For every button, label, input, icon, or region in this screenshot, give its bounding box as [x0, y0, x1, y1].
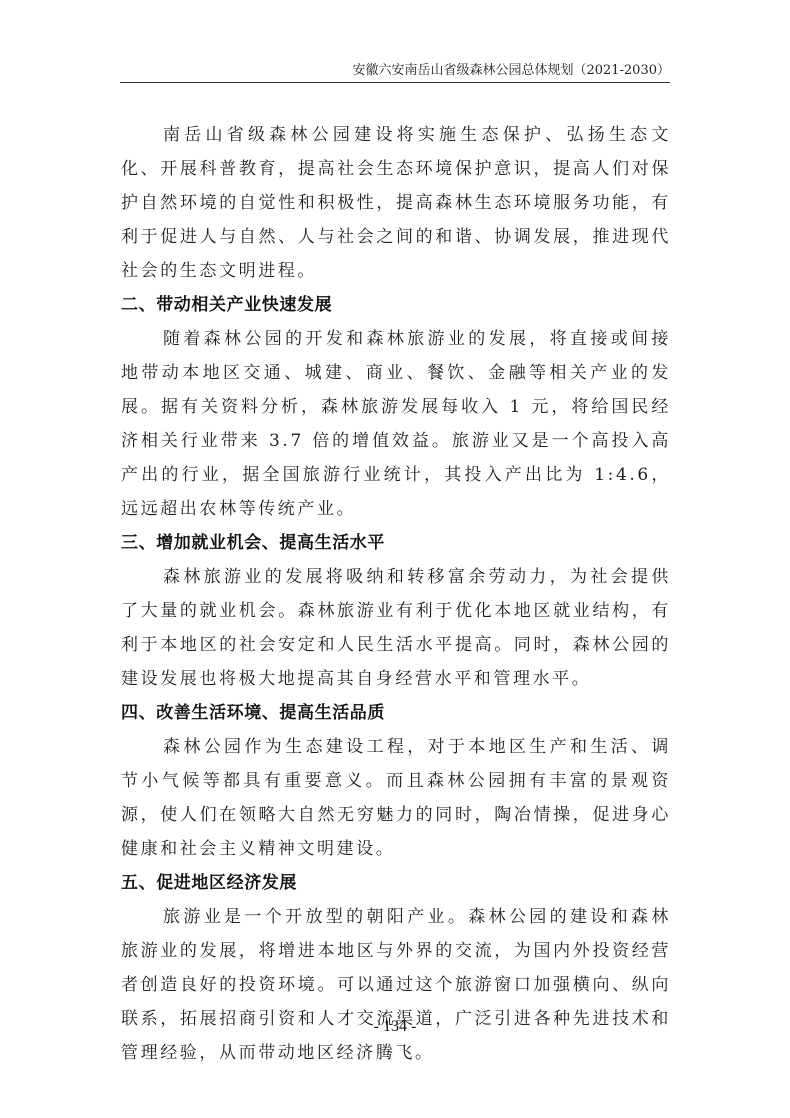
section-heading-3: 三、增加就业机会、提高生活水平	[121, 526, 671, 560]
running-header-title: 安徽六安南岳山省级森林公园总体规划（2021-2030）	[352, 63, 670, 78]
page-number: - 134 -	[0, 1018, 790, 1036]
running-header: 安徽六安南岳山省级森林公园总体规划（2021-2030）	[120, 62, 670, 83]
document-page: 安徽六安南岳山省级森林公园总体规划（2021-2030） 南岳山省级森林公园建设…	[0, 0, 790, 1118]
section-paragraph-3: 森林旅游业的发展将吸纳和转移富余劳动力，为社会提供了大量的就业机会。森林旅游业有…	[121, 560, 671, 696]
section-heading-5: 五、促进地区经济发展	[121, 866, 671, 900]
section-heading-4: 四、改善生活环境、提高生活品质	[121, 696, 671, 730]
intro-paragraph: 南岳山省级森林公园建设将实施生态保护、弘扬生态文化、开展科普教育，提高社会生态环…	[121, 118, 671, 288]
section-paragraph-4: 森林公园作为生态建设工程，对于本地区生产和生活、调节小气候等都具有重要意义。而且…	[121, 730, 671, 866]
section-paragraph-5: 旅游业是一个开放型的朝阳产业。森林公园的建设和森林旅游业的发展，将增进本地区与外…	[121, 900, 671, 1070]
section-paragraph-2: 随着森林公园的开发和森林旅游业的发展，将直接或间接地带动本地区交通、城建、商业、…	[121, 322, 671, 526]
page-content: 南岳山省级森林公园建设将实施生态保护、弘扬生态文化、开展科普教育，提高社会生态环…	[121, 118, 671, 1070]
section-heading-2: 二、带动相关产业快速发展	[121, 288, 671, 322]
